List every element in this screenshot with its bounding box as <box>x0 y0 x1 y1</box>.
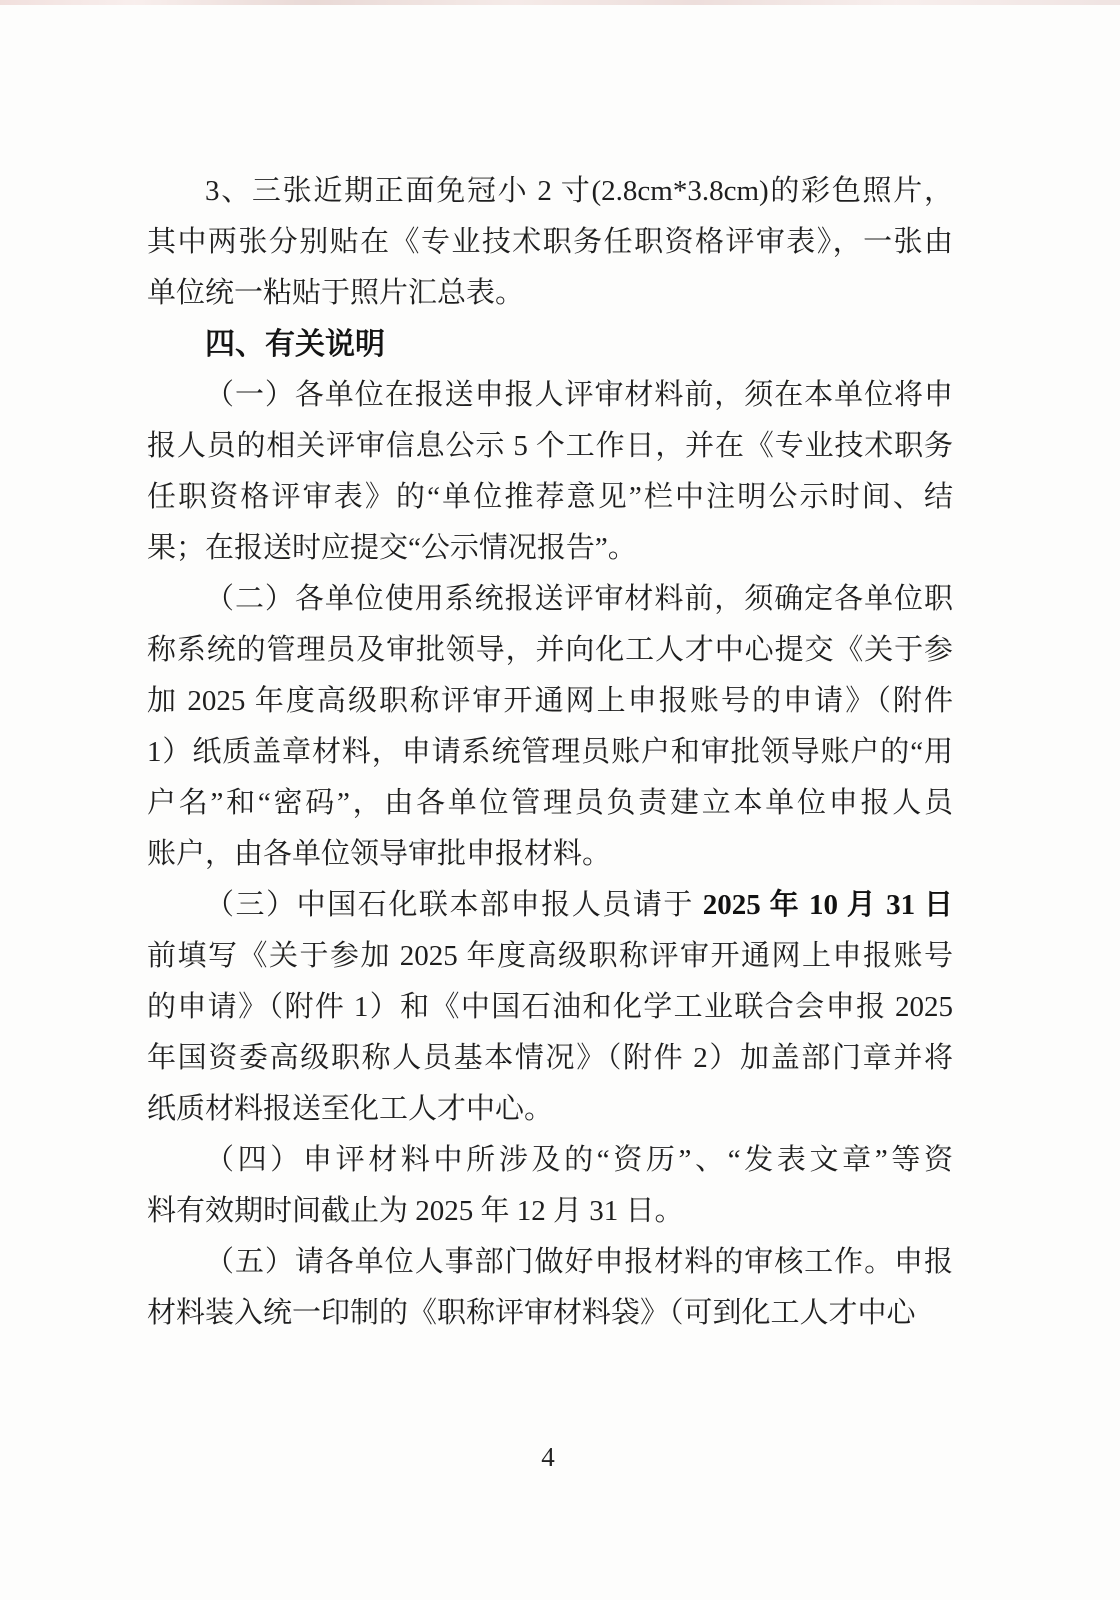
document-body: 3、三张近期正面免冠小 2 寸(2.8cm*3.8cm)的彩色照片，其中两张分别… <box>147 166 953 1339</box>
text-line: 报人员的相关评审信息公示 5 个工作日，并在《专业技术职务 <box>147 421 953 472</box>
paragraph: （四）申评材料中所涉及的“资历”、“发表文章”等资料有效期时间截止为 2025 … <box>147 1135 953 1237</box>
text-segment: 其中两张分别贴在《专业技术职务任职资格评审表》，一张由 <box>147 226 953 258</box>
paragraph: 3、三张近期正面免冠小 2 寸(2.8cm*3.8cm)的彩色照片，其中两张分别… <box>147 166 953 319</box>
text-line: 任职资格评审表》的“单位推荐意见”栏中注明公示时间、结 <box>147 472 953 523</box>
paragraph: （三）中国石化联本部申报人员请于 2025 年 10 月 31 日前填写《关于参… <box>147 880 953 1135</box>
text-line: 材料装入统一印制的《职称评审材料袋》（可到化工人才中心 <box>147 1288 953 1339</box>
paragraph: （二）各单位使用系统报送评审材料前，须确定各单位职称系统的管理员及审批领导，并向… <box>147 574 953 880</box>
paragraph: （五）请各单位人事部门做好申报材料的审核工作。申报材料装入统一印制的《职称评审材… <box>147 1237 953 1339</box>
text-line: （五）请各单位人事部门做好申报材料的审核工作。申报 <box>147 1237 953 1288</box>
text-segment: 任职资格评审表》的“单位推荐意见”栏中注明公示时间、结 <box>147 481 953 513</box>
text-segment: 3、三张近期正面免冠小 2 寸(2.8cm*3.8cm)的彩色照片， <box>205 175 953 207</box>
text-line: 前填写《关于参加 2025 年度高级职称评审开通网上申报账号 <box>147 931 953 982</box>
text-segment: 户名”和“密码”，由各单位管理员负责建立本单位申报人员 <box>147 787 953 819</box>
text-line: 纸质材料报送至化工人才中心。 <box>147 1084 953 1135</box>
text-line: 称系统的管理员及审批领导，并向化工人才中心提交《关于参 <box>147 625 953 676</box>
text-line: 单位统一粘贴于照片汇总表。 <box>147 268 953 319</box>
text-line: 加 2025 年度高级职称评审开通网上申报账号的申请》（附件 <box>147 676 953 727</box>
paragraph: （一）各单位在报送申报人评审材料前，须在本单位将申报人员的相关评审信息公示 5 … <box>147 370 953 574</box>
text-segment: 年国资委高级职称人员基本情况》（附件 2）加盖部门章并将 <box>147 1042 953 1074</box>
text-line: 账户，由各单位领导审批申报材料。 <box>147 829 953 880</box>
text-segment: 账户，由各单位领导审批申报材料。 <box>147 838 611 870</box>
text-line: 料有效期时间截止为 2025 年 12 月 31 日。 <box>147 1186 953 1237</box>
page-number: 4 <box>541 1440 555 1474</box>
text-segment: （四）申评材料中所涉及的“资历”、“发表文章”等资 <box>205 1144 953 1176</box>
text-segment: 单位统一粘贴于照片汇总表。 <box>147 277 524 309</box>
text-segment: （一）各单位在报送申报人评审材料前，须在本单位将申 <box>205 379 953 411</box>
text-line: （三）中国石化联本部申报人员请于 2025 年 10 月 31 日 <box>147 880 953 931</box>
text-segment: （三）中国石化联本部申报人员请于 <box>205 889 703 921</box>
text-line: 年国资委高级职称人员基本情况》（附件 2）加盖部门章并将 <box>147 1033 953 1084</box>
text-segment: 称系统的管理员及审批领导，并向化工人才中心提交《关于参 <box>147 634 953 666</box>
scan-edge-artifact <box>0 0 1120 5</box>
text-line: 3、三张近期正面免冠小 2 寸(2.8cm*3.8cm)的彩色照片， <box>147 166 953 217</box>
text-line: （四）申评材料中所涉及的“资历”、“发表文章”等资 <box>147 1135 953 1186</box>
text-segment: 果；在报送时应提交“公示情况报告”。 <box>147 532 637 564</box>
text-line: （一）各单位在报送申报人评审材料前，须在本单位将申 <box>147 370 953 421</box>
text-line: 1）纸质盖章材料，申请系统管理员账户和审批领导账户的“用 <box>147 727 953 778</box>
text-segment: 四、有关说明 <box>205 328 385 361</box>
text-segment: （二）各单位使用系统报送评审材料前，须确定各单位职 <box>205 583 953 615</box>
text-segment: 报人员的相关评审信息公示 5 个工作日，并在《专业技术职务 <box>147 430 953 462</box>
text-line: 其中两张分别贴在《专业技术职务任职资格评审表》，一张由 <box>147 217 953 268</box>
text-segment: 材料装入统一印制的《职称评审材料袋》（可到化工人才中心 <box>147 1297 916 1329</box>
bold-date-text: 2025 年 10 月 31 日 <box>703 889 953 921</box>
text-line: 果；在报送时应提交“公示情况报告”。 <box>147 523 953 574</box>
text-segment: 料有效期时间截止为 2025 年 12 月 31 日。 <box>147 1195 684 1227</box>
text-segment: 的申请》（附件 1）和《中国石油和化学工业联合会申报 2025 <box>147 991 953 1023</box>
text-segment: 纸质材料报送至化工人才中心。 <box>147 1093 553 1125</box>
text-line: 四、有关说明 <box>147 319 953 370</box>
text-line: （二）各单位使用系统报送评审材料前，须确定各单位职 <box>147 574 953 625</box>
text-segment: 1）纸质盖章材料，申请系统管理员账户和审批领导账户的“用 <box>147 736 953 768</box>
scanned-document-page: 3、三张近期正面免冠小 2 寸(2.8cm*3.8cm)的彩色照片，其中两张分别… <box>0 0 1120 1600</box>
page-footer: 4 <box>0 1440 1120 1474</box>
section-heading: 四、有关说明 <box>147 319 953 370</box>
text-line: 的申请》（附件 1）和《中国石油和化学工业联合会申报 2025 <box>147 982 953 1033</box>
text-segment: 前填写《关于参加 2025 年度高级职称评审开通网上申报账号 <box>147 940 953 972</box>
text-segment: （五）请各单位人事部门做好申报材料的审核工作。申报 <box>205 1246 953 1278</box>
text-line: 户名”和“密码”，由各单位管理员负责建立本单位申报人员 <box>147 778 953 829</box>
text-segment: 加 2025 年度高级职称评审开通网上申报账号的申请》（附件 <box>147 685 953 717</box>
